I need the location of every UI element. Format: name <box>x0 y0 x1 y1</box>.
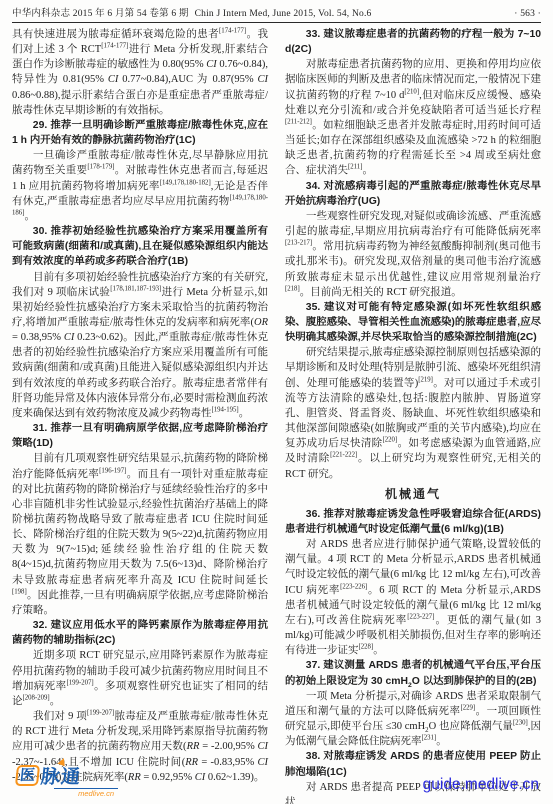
journal-citation-cn: 中华内科杂志 2015 年 6 月第 54 卷第 6 期 <box>12 9 189 19</box>
column-right: 33. 建议脓毒症患者的抗菌药物的疗程一般为 7~10 d(2C)对脓毒症患者抗… <box>285 27 541 804</box>
paragraph: 对 ARDS 患者应进行肺保护通气策略,设置较低的潮气量。4 项 RCT 的 M… <box>285 537 541 658</box>
paragraph: 一些观察性研究发现,对疑似或确诊流感、严重流感引起的脓毒症,早期应用抗病毒治疗有… <box>285 209 541 300</box>
paragraph: 具有快速进展为脓毒症循环衰竭危险的患者[174-177]。我们对上述 3 个 R… <box>12 27 268 118</box>
page-header: 中华内科杂志 2015 年 6 月第 54 卷第 6 期Chin J Inter… <box>12 5 541 23</box>
paragraph: 一旦确诊严重脓毒症/脓毒性休克,尽早静脉应用抗菌药物至关重要[178-179]。… <box>12 148 268 224</box>
logo-spark-icon <box>57 757 67 766</box>
paragraph: 目前有几项观察性研究结果显示,抗菌药物的降阶梯治疗能降低病死率[196-197]… <box>12 451 268 618</box>
recommendation-heading: 37. 建议测量 ARDS 患者的机械通气平台压,平台压的初始上限设定为 30 … <box>285 658 541 688</box>
paragraph: 一项 Meta 分析提示,对确诊 ARDS 患者采取限制气道压和潮气量的方法可以… <box>285 689 541 750</box>
paragraph: 目前有多项初始经验性抗感染治疗方案的有关研究,我们对 9 项临床试验[178,1… <box>12 270 268 422</box>
medlive-logo-domain: medlive.cn <box>54 788 118 798</box>
recommendation-heading: 29. 推荐一旦明确诊断严重脓毒症/脓毒性休克,应在 1 h 内开始有效的静脉抗… <box>12 118 268 148</box>
paragraph: 研究结果提示,脓毒症感染源控制原则包括感染源的早期诊断和及时处理(特别是脓肿引流… <box>285 345 541 481</box>
recommendation-heading: 32. 建议应用低水平的降钙素原作为脓毒症停用抗菌药物的辅助指标(2C) <box>12 618 268 648</box>
recommendation-heading: 31. 推荐一旦有明确病原学依据,应考虑降阶梯治疗策略(1D) <box>12 421 268 451</box>
article-body: 具有快速进展为脓毒症循环衰竭危险的患者[174-177]。我们对上述 3 个 R… <box>12 27 541 804</box>
journal-page: 中华内科杂志 2015 年 6 月第 54 卷第 6 期Chin J Inter… <box>0 0 553 804</box>
medlive-logo-maitong-glyphs: 脉通 <box>40 762 83 789</box>
paragraph: 对脓毒症患者抗菌药物的应用、更换和停用均应依据临床医师的判断及患者的临床情况而定… <box>285 57 541 178</box>
recommendation-heading: 34. 对流感病毒引起的严重脓毒症/脓毒性休克尽早开始抗病毒治疗(UG) <box>285 179 541 209</box>
paragraph: 近期多项 RCT 研究显示,应用降钙素原作为脓毒症停用抗菌药物的辅助手段可减少抗… <box>12 648 268 709</box>
recommendation-heading: 35. 建议对可能有特定感染源(如坏死性软组织感染、腹腔感染、导管相关性血流感染… <box>285 300 541 345</box>
medlive-logo: 医 脉通 medlive.cn <box>16 762 116 798</box>
journal-citation: 中华内科杂志 2015 年 6 月第 54 卷第 6 期Chin J Inter… <box>12 5 371 19</box>
recommendation-heading: 33. 建议脓毒症患者的抗菌药物的疗程一般为 7~10 d(2C) <box>285 27 541 57</box>
guide-site-url: guide.medlive.cn <box>423 776 539 794</box>
section-heading: 机械通气 <box>285 487 541 502</box>
medlive-logo-wordmark: 医 脉通 <box>15 762 118 789</box>
journal-citation-en: Chin J Intern Med, June 2015, Vol. 54, N… <box>195 9 372 19</box>
recommendation-heading: 30. 推荐初始经验性抗感染治疗方案采用覆盖所有可能致病菌(细菌和/或真菌),且… <box>12 224 268 269</box>
column-left: 具有快速进展为脓毒症循环衰竭危险的患者[174-177]。我们对上述 3 个 R… <box>12 27 268 804</box>
page-number: · 563 · <box>514 9 541 19</box>
recommendation-heading: 36. 推荐对脓毒症诱发急性呼吸窘迫综合征(ARDS)患者进行机械通气时设定低潮… <box>285 507 541 537</box>
medlive-logo-yi-glyph: 医 <box>15 765 40 786</box>
